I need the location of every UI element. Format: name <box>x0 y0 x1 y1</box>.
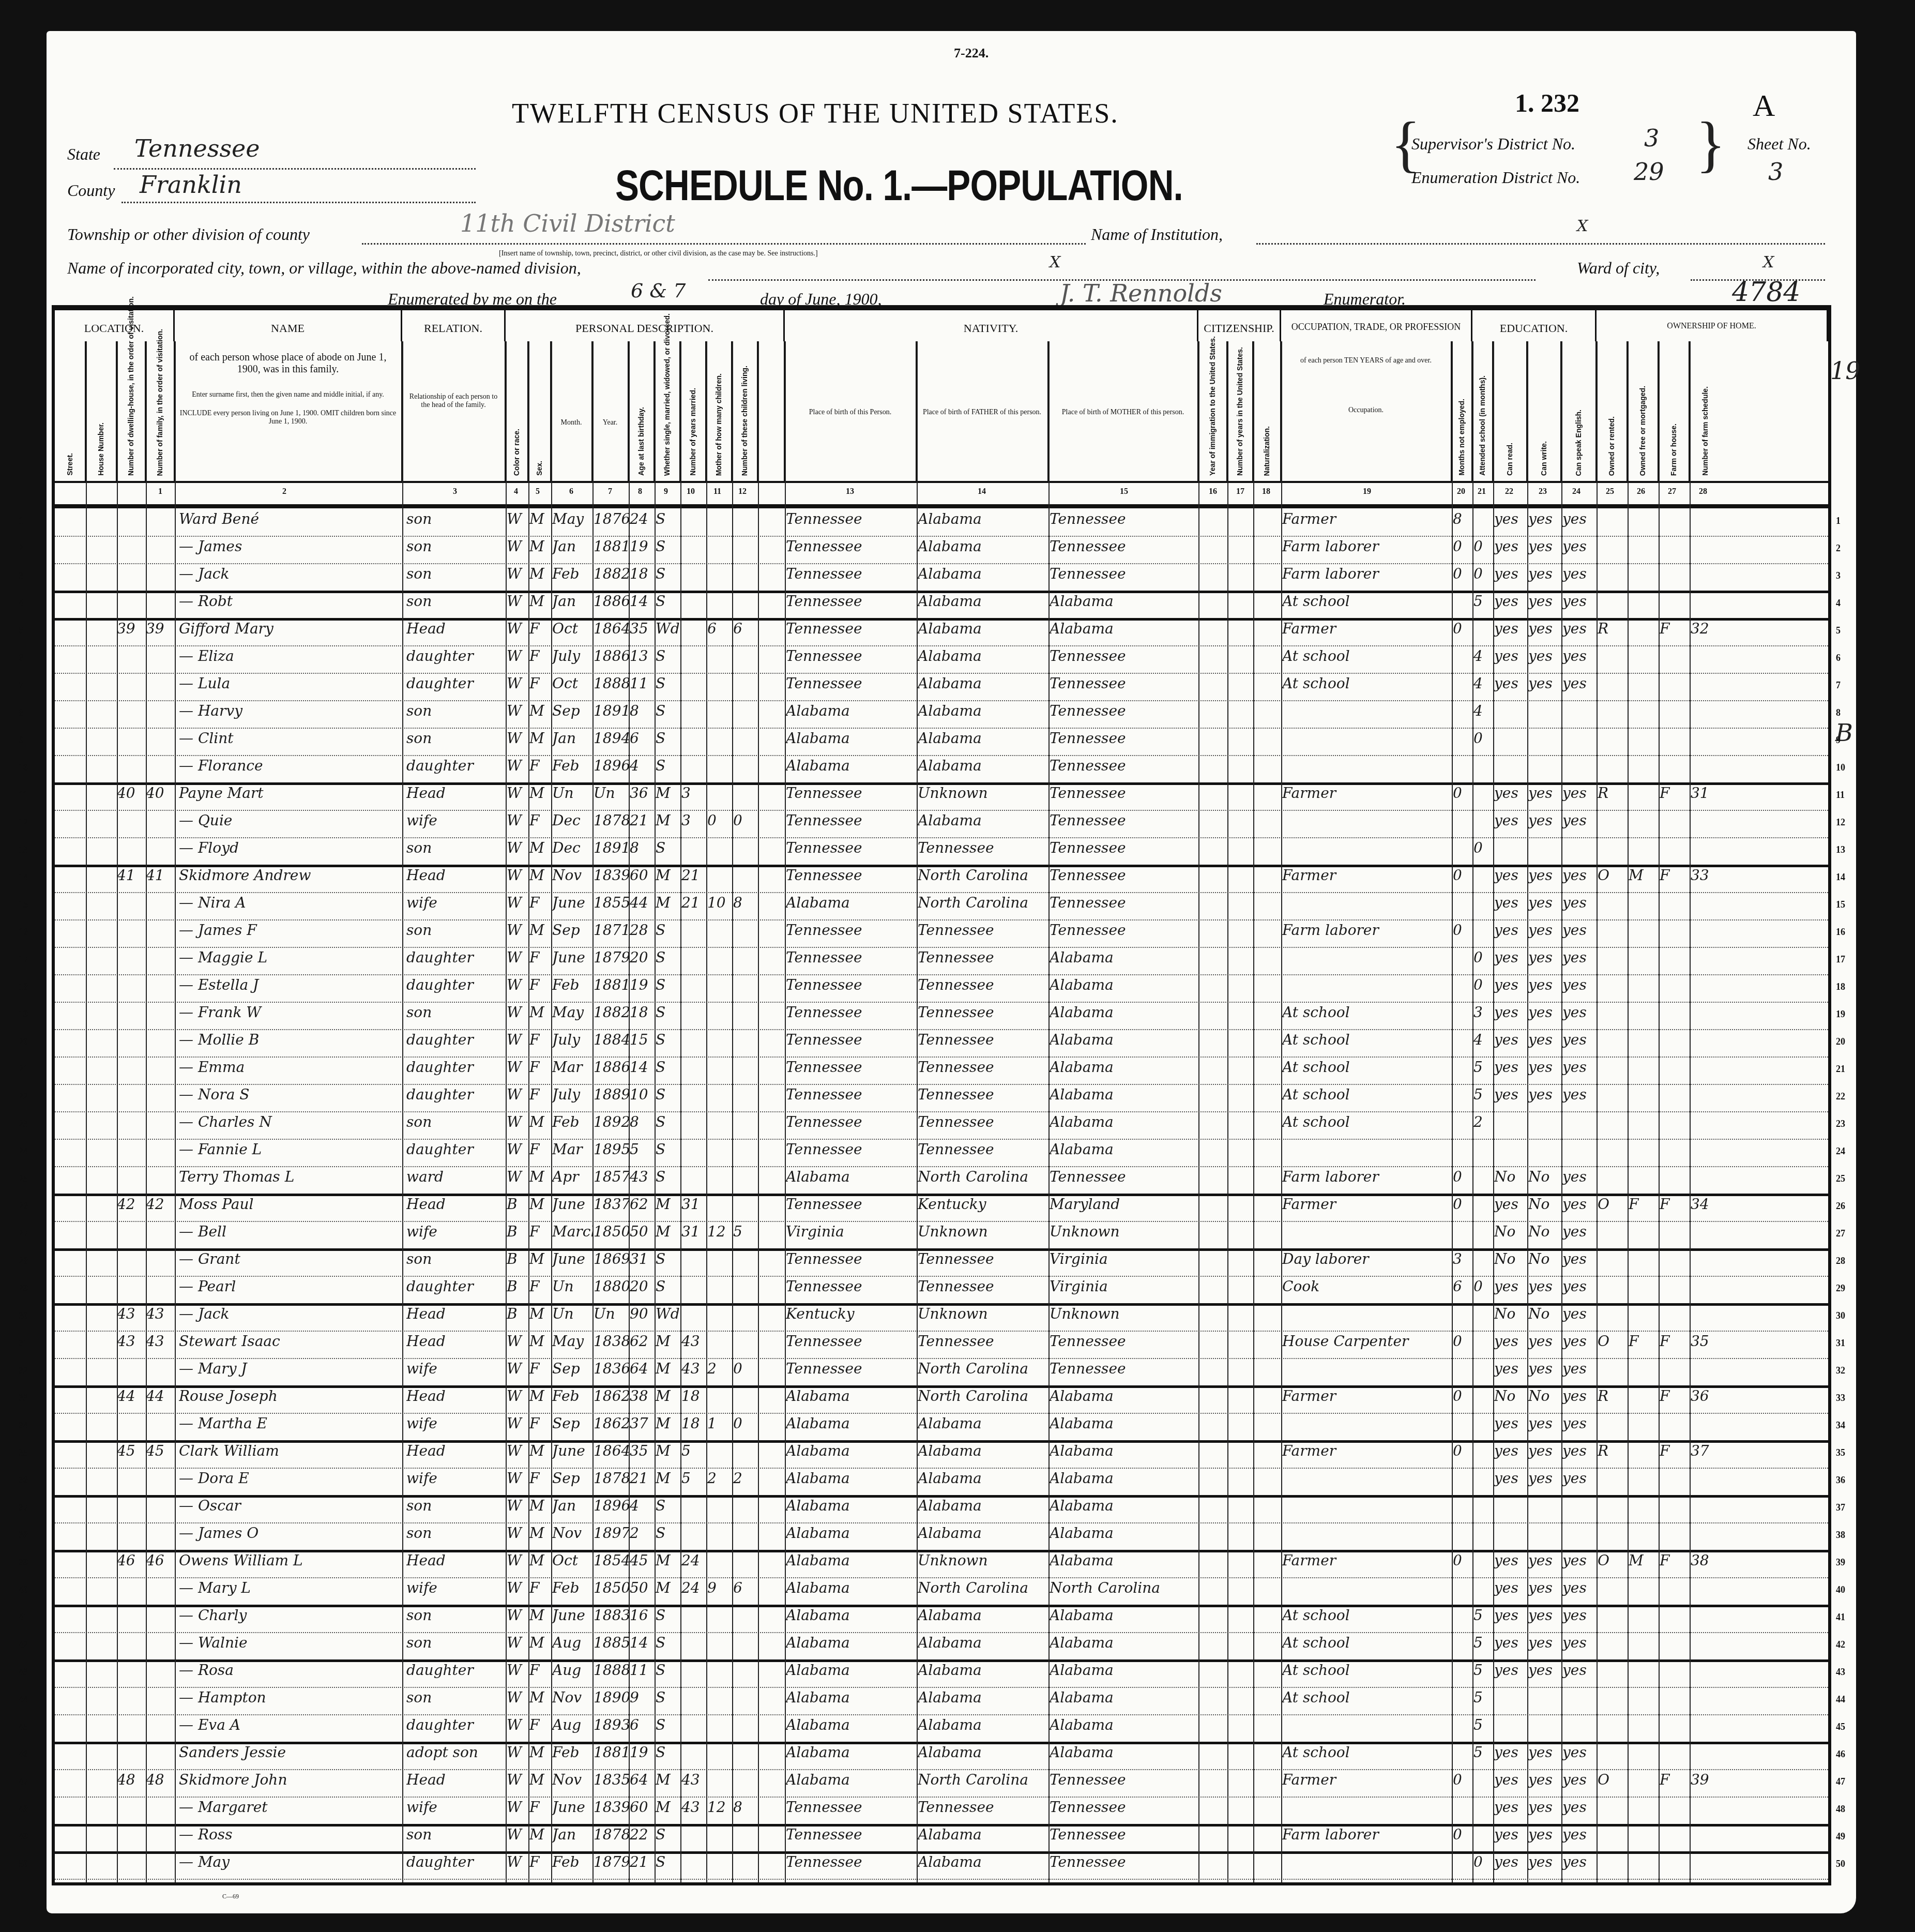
cell-bf: Tennessee <box>918 1086 1048 1103</box>
cell-unemp: 0 <box>1453 922 1472 939</box>
cell-occ: Farm laborer <box>1282 565 1452 582</box>
cell-bm: Tennessee <box>1050 1360 1198 1377</box>
cell-color: W <box>507 1141 528 1158</box>
cell-sex: F <box>529 976 551 993</box>
line-number-right: 6 <box>1836 653 1841 663</box>
cell-year: 1891 <box>594 702 629 719</box>
cell-school: 3 <box>1473 1004 1493 1021</box>
line-number-right: 33 <box>1836 1393 1845 1403</box>
cell-bm: Alabama <box>1050 1689 1198 1706</box>
cell-school: 0 <box>1473 1853 1493 1870</box>
cell-write: yes <box>1528 1607 1561 1624</box>
cell-ym: 43 <box>681 1799 706 1816</box>
cell-month: Feb <box>552 1579 592 1596</box>
line-number-right: 22 <box>1836 1091 1845 1102</box>
cell-school: 4 <box>1473 1031 1493 1048</box>
line-number-right: 30 <box>1836 1310 1845 1321</box>
cell-age: 24 <box>630 510 655 527</box>
line-number: 17 <box>19 954 28 965</box>
cell-eng: yes <box>1562 1579 1597 1596</box>
cell-dwelling: 42 <box>117 1196 146 1213</box>
cell-age: 5 <box>630 1141 655 1158</box>
cell-eng: yes <box>1562 922 1597 939</box>
line-number: 40 <box>19 1584 28 1595</box>
cell-bm: Tennessee <box>1050 730 1198 747</box>
cell-year: 1838 <box>594 1333 629 1350</box>
cell-write: yes <box>1528 1826 1561 1843</box>
cell-farm: F <box>1660 1333 1690 1350</box>
margin-mark-19: 19 <box>1830 357 1861 385</box>
col-birth-father: Place of birth of FATHER of this person. <box>917 341 1048 481</box>
cell-bp: Alabama <box>786 1168 917 1185</box>
cell-read: yes <box>1494 1278 1527 1295</box>
cell-write: yes <box>1528 1552 1561 1569</box>
cell-relation: son <box>406 702 506 719</box>
cell-relation: son <box>406 1689 506 1706</box>
cell-bp: Alabama <box>786 702 917 719</box>
cell-month: July <box>552 647 592 665</box>
cell-relation: son <box>406 730 506 747</box>
cell-month: Jan <box>552 1826 592 1843</box>
cell-marital: S <box>656 922 680 939</box>
cell-occ: Farmer <box>1282 1442 1452 1459</box>
cell-bf: Alabama <box>918 510 1048 527</box>
col-occupation: of each person TEN YEARS of age and over… <box>1281 341 1452 481</box>
cell-name: — Jack <box>179 565 402 582</box>
cell-bf: Tennessee <box>918 949 1048 966</box>
cell-bp: Tennessee <box>786 1059 917 1076</box>
column-divider <box>1198 341 1199 1882</box>
line-number-right: 23 <box>1836 1119 1845 1129</box>
cell-age: 19 <box>630 976 655 993</box>
cell-bf: North Carolina <box>918 894 1048 911</box>
cell-relation: daughter <box>406 949 506 966</box>
col-owned-free: Owned free or mortgaged. <box>1628 341 1659 481</box>
cell-color: W <box>507 1716 528 1733</box>
cell-read: yes <box>1494 1196 1527 1213</box>
cell-marital: M <box>656 1387 680 1405</box>
cell-month: July <box>552 1086 592 1103</box>
cell-age: 20 <box>630 949 655 966</box>
cell-occ: House Carpenter <box>1282 1333 1452 1350</box>
cell-bf: Alabama <box>918 812 1048 829</box>
cell-year: 1888 <box>594 1662 629 1679</box>
cell-bp: Tennessee <box>786 675 917 692</box>
line-number: 35 <box>19 1447 28 1458</box>
line-number: 28 <box>19 1256 28 1266</box>
line-number: 15 <box>19 899 28 910</box>
cell-bf: Alabama <box>918 1826 1048 1843</box>
cell-school: 5 <box>1473 1634 1493 1651</box>
cell-marital: M <box>656 1415 680 1432</box>
column-number: 24 <box>1572 487 1580 496</box>
cell-sex: F <box>529 894 551 911</box>
cell-cl: 0 <box>733 812 758 829</box>
cell-age: 10 <box>630 1086 655 1103</box>
line-number: 23 <box>19 1119 28 1129</box>
cell-marital: S <box>656 1716 680 1733</box>
cell-eng: yes <box>1562 867 1597 884</box>
cell-occ: At school <box>1282 1607 1452 1624</box>
cell-unemp: 0 <box>1453 1387 1472 1405</box>
cell-read: yes <box>1494 1853 1527 1870</box>
cell-unemp: 0 <box>1453 1826 1472 1843</box>
cell-month: Un <box>552 1278 592 1295</box>
cell-mc: 12 <box>707 1223 732 1240</box>
cell-bp: Tennessee <box>786 510 917 527</box>
cell-relation: son <box>406 538 506 555</box>
cell-year: 1883 <box>594 1607 629 1624</box>
cell-year: 1881 <box>594 1744 629 1761</box>
cell-read: yes <box>1494 620 1527 637</box>
cell-bp: Alabama <box>786 1525 917 1542</box>
cell-bm: Alabama <box>1050 976 1198 993</box>
cell-year: 1839 <box>594 1799 629 1816</box>
cell-relation: wife <box>406 812 506 829</box>
cell-color: W <box>507 894 528 911</box>
cell-year: 1854 <box>594 1552 629 1569</box>
cell-age: 37 <box>630 1415 655 1432</box>
cell-bp: Tennessee <box>786 538 917 555</box>
cell-month: July <box>552 1031 592 1048</box>
city-label: Name of incorporated city, town, or vill… <box>67 259 581 278</box>
cell-ym: 3 <box>681 784 706 802</box>
cell-eng: yes <box>1562 1278 1597 1295</box>
cell-month: June <box>552 1607 592 1624</box>
cell-name: Clark William <box>179 1442 402 1459</box>
cell-relation: ward <box>406 1168 506 1185</box>
cell-bm: North Carolina <box>1050 1579 1198 1596</box>
cell-bf: Tennessee <box>918 1278 1048 1295</box>
cell-month: Sep <box>552 1470 592 1487</box>
cell-name: Sanders Jessie <box>179 1744 402 1761</box>
cell-bp: Tennessee <box>786 1799 917 1816</box>
cell-sex: M <box>529 1004 551 1021</box>
cell-year: 1869 <box>594 1250 629 1267</box>
cell-write: yes <box>1528 1470 1561 1487</box>
cell-unemp: 0 <box>1453 784 1472 802</box>
cell-sex: F <box>529 647 551 665</box>
cell-eng: yes <box>1562 620 1597 637</box>
cell-year: 1891 <box>594 839 629 856</box>
cell-bp: Tennessee <box>786 1853 917 1870</box>
cell-color: W <box>507 1387 528 1405</box>
cell-age: 15 <box>630 1031 655 1048</box>
cell-color: W <box>507 647 528 665</box>
cell-bf: Alabama <box>918 593 1048 610</box>
cell-farm: F <box>1660 1552 1690 1569</box>
line-number: 39 <box>19 1557 28 1568</box>
cell-age: 14 <box>630 1634 655 1651</box>
cell-sched: 39 <box>1691 1771 1732 1788</box>
cell-write: yes <box>1528 510 1561 527</box>
cell-eng: yes <box>1562 812 1597 829</box>
cell-year: 1837 <box>594 1196 629 1213</box>
cell-dwelling: 41 <box>117 867 146 884</box>
column-divider <box>706 341 707 1882</box>
cell-bp: Tennessee <box>786 839 917 856</box>
cell-eng: yes <box>1562 1607 1597 1624</box>
cell-relation: wife <box>406 894 506 911</box>
line-number: 36 <box>19 1475 28 1486</box>
cell-sex: F <box>529 1086 551 1103</box>
line-number-right: 42 <box>1836 1639 1845 1650</box>
cell-bp: Alabama <box>786 1387 917 1405</box>
cell-own: R <box>1598 1442 1628 1459</box>
cell-bm: Virginia <box>1050 1278 1198 1295</box>
cell-read: yes <box>1494 812 1527 829</box>
cell-read: No <box>1494 1387 1527 1405</box>
cell-mc: 0 <box>707 812 732 829</box>
cell-write: No <box>1528 1168 1561 1185</box>
cell-sex: M <box>529 510 551 527</box>
cell-occ: At school <box>1282 1086 1452 1103</box>
cell-bf: Unknown <box>918 1305 1048 1322</box>
cell-mc: 10 <box>707 894 732 911</box>
cell-month: Mar <box>552 1141 592 1158</box>
cell-dwelling: 46 <box>117 1552 146 1569</box>
cell-ym: 24 <box>681 1579 706 1596</box>
cell-read: yes <box>1494 565 1527 582</box>
cell-own: R <box>1598 620 1628 637</box>
cell-year: 1895 <box>594 1141 629 1158</box>
cell-age: 11 <box>630 675 655 692</box>
cell-bf: Alabama <box>918 1662 1048 1679</box>
cell-age: 9 <box>630 1689 655 1706</box>
cell-eng: yes <box>1562 1196 1597 1213</box>
cell-color: W <box>507 538 528 555</box>
cell-occ: Farm laborer <box>1282 922 1452 939</box>
cell-color: W <box>507 593 528 610</box>
column-number: 1 <box>158 487 162 496</box>
cell-family: 43 <box>146 1333 175 1350</box>
cell-bp: Alabama <box>786 1552 917 1569</box>
cell-eng: yes <box>1562 593 1597 610</box>
cell-sex: M <box>529 1333 551 1350</box>
cell-bm: Tennessee <box>1050 1826 1198 1843</box>
cell-relation: wife <box>406 1579 506 1596</box>
cell-bf: Alabama <box>918 647 1048 665</box>
cell-read: yes <box>1494 1826 1527 1843</box>
cell-mc: 6 <box>707 620 732 637</box>
cell-relation: wife <box>406 1415 506 1432</box>
col-birth-person: Place of birth of this Person. <box>785 341 917 481</box>
col-marital: Whether single, married, widowed, or div… <box>655 341 680 481</box>
column-number: 26 <box>1637 487 1645 496</box>
cell-year: 1882 <box>594 1004 629 1021</box>
cell-bp: Alabama <box>786 1415 917 1432</box>
cell-marital: S <box>656 1634 680 1651</box>
cell-eng: yes <box>1562 538 1597 555</box>
column-number: 15 <box>1120 487 1128 496</box>
col-can-speak-english: Can speak English. <box>1561 341 1597 481</box>
cell-color: W <box>507 702 528 719</box>
line-number-right: 47 <box>1836 1776 1845 1787</box>
cell-write: No <box>1528 1223 1561 1240</box>
cell-family: 48 <box>146 1771 175 1788</box>
ward-label: Ward of city, <box>1577 259 1660 278</box>
line-number-right: 36 <box>1836 1475 1845 1486</box>
cell-color: W <box>507 976 528 993</box>
cell-read: yes <box>1494 1579 1527 1596</box>
cell-sex: M <box>529 1607 551 1624</box>
cell-name: — Charly <box>179 1607 402 1624</box>
cell-marital: S <box>656 593 680 610</box>
cell-occ: Farmer <box>1282 784 1452 802</box>
cell-write: yes <box>1528 593 1561 610</box>
cell-cl: 5 <box>733 1223 758 1240</box>
cell-name: — Eva A <box>179 1716 402 1733</box>
cell-age: 16 <box>630 1607 655 1624</box>
cell-month: May <box>552 1004 592 1021</box>
institution-line <box>1256 243 1825 245</box>
cell-color: W <box>507 1826 528 1843</box>
cell-cl: 0 <box>733 1415 758 1432</box>
line-number: 32 <box>19 1365 28 1376</box>
cell-name: — Maggie L <box>179 949 402 966</box>
line-number-right: 15 <box>1836 899 1845 910</box>
cell-occ: Farmer <box>1282 1771 1452 1788</box>
cell-bm: Tennessee <box>1050 922 1198 939</box>
cell-month: Feb <box>552 1113 592 1130</box>
cell-sex: M <box>529 1771 551 1788</box>
cell-sched: 38 <box>1691 1552 1732 1569</box>
cell-sex: M <box>529 839 551 856</box>
cell-year: 1876 <box>594 510 629 527</box>
line-number: 16 <box>19 927 28 938</box>
cell-bm: Alabama <box>1050 1004 1198 1021</box>
cell-age: 38 <box>630 1387 655 1405</box>
cell-marital: S <box>656 839 680 856</box>
cell-relation: Head <box>406 1196 506 1213</box>
cell-name: — Mary J <box>179 1360 402 1377</box>
cell-age: 62 <box>630 1196 655 1213</box>
cell-unemp: 0 <box>1453 1333 1472 1350</box>
cell-bm: Alabama <box>1050 1442 1198 1459</box>
cell-write: yes <box>1528 1360 1561 1377</box>
cell-eng: yes <box>1562 1470 1597 1487</box>
cell-sched: 31 <box>1691 784 1732 802</box>
cell-dwelling: 48 <box>117 1771 146 1788</box>
cell-dwelling: 44 <box>117 1387 146 1405</box>
cell-year: 1893 <box>594 1716 629 1733</box>
cell-age: 21 <box>630 1470 655 1487</box>
cell-cl: 8 <box>733 894 758 911</box>
line-number-right: 25 <box>1836 1173 1845 1184</box>
line-number-right: 13 <box>1836 844 1845 855</box>
line-number-right: 12 <box>1836 817 1845 828</box>
cell-read: No <box>1494 1168 1527 1185</box>
cell-write: yes <box>1528 1333 1561 1350</box>
cell-year: Un <box>594 1305 629 1322</box>
line-number-right: 7 <box>1836 680 1841 691</box>
cell-bp: Tennessee <box>786 922 917 939</box>
cell-occ: Farmer <box>1282 510 1452 527</box>
brace-right: } <box>1696 109 1726 180</box>
cell-bf: Kentucky <box>918 1196 1048 1213</box>
cell-name: — Margaret <box>179 1799 402 1816</box>
enumerator-name: J. T. Rennolds <box>1060 279 1222 307</box>
cell-relation: son <box>406 839 506 856</box>
cell-own: O <box>1598 1196 1628 1213</box>
cell-marital: M <box>656 1470 680 1487</box>
cell-sex: F <box>529 1141 551 1158</box>
cell-eng: yes <box>1562 1086 1597 1103</box>
cell-mc: 2 <box>707 1360 732 1377</box>
cell-free: M <box>1629 1552 1659 1569</box>
cell-name: Terry Thomas L <box>179 1168 402 1185</box>
cell-eng: yes <box>1562 1853 1597 1870</box>
cell-read: No <box>1494 1250 1527 1267</box>
cell-year: 1890 <box>594 1689 629 1706</box>
cell-age: 50 <box>630 1223 655 1240</box>
cell-relation: daughter <box>406 647 506 665</box>
cell-bf: North Carolina <box>918 867 1048 884</box>
schedule-title: SCHEDULE No. 1.—POPULATION. <box>615 160 1183 210</box>
cell-month: Oct <box>552 1552 592 1569</box>
cell-age: 60 <box>630 1799 655 1816</box>
col-sex: Sex. <box>528 341 551 481</box>
cell-name: — Charles N <box>179 1113 402 1130</box>
cell-year: 1881 <box>594 976 629 993</box>
cell-bp: Tennessee <box>786 1333 917 1350</box>
cell-family: 45 <box>146 1442 175 1459</box>
line-number-right: 44 <box>1836 1694 1845 1705</box>
line-number-right: 24 <box>1836 1146 1845 1157</box>
cell-write: yes <box>1528 1086 1561 1103</box>
cell-write: yes <box>1528 620 1561 637</box>
cell-eng: yes <box>1562 1250 1597 1267</box>
cell-sex: F <box>529 1360 551 1377</box>
column-number: 13 <box>846 487 854 496</box>
cell-month: Nov <box>552 1689 592 1706</box>
line-number: 12 <box>19 817 28 828</box>
cell-bp: Tennessee <box>786 1004 917 1021</box>
cell-school: 0 <box>1473 976 1493 993</box>
cell-school: 4 <box>1473 702 1493 719</box>
cell-relation: son <box>406 593 506 610</box>
col-years-married: Number of years married. <box>680 341 706 481</box>
cell-bp: Alabama <box>786 1470 917 1487</box>
line-number-right: 41 <box>1836 1612 1845 1623</box>
cell-bm: Alabama <box>1050 1744 1198 1761</box>
cell-bp: Alabama <box>786 1607 917 1624</box>
cell-color: W <box>507 1662 528 1679</box>
cell-color: W <box>507 510 528 527</box>
cell-name: — Pearl <box>179 1278 402 1295</box>
cell-read: No <box>1494 1305 1527 1322</box>
cell-color: W <box>507 1113 528 1130</box>
line-number-right: 18 <box>1836 982 1845 992</box>
cell-month: Oct <box>552 675 592 692</box>
cell-sex: F <box>529 1579 551 1596</box>
col-can-read: Can read. <box>1493 341 1527 481</box>
document-title: TWELFTH CENSUS OF THE UNITED STATES. <box>512 97 1119 129</box>
column-divider <box>758 341 759 1882</box>
cell-cl: 2 <box>733 1470 758 1487</box>
cell-bp: Alabama <box>786 757 917 774</box>
cell-age: 19 <box>630 538 655 555</box>
cell-read: yes <box>1494 647 1527 665</box>
column-divider <box>680 341 681 1882</box>
cell-farm: F <box>1660 1387 1690 1405</box>
cell-ym: 18 <box>681 1387 706 1405</box>
cell-name: Skidmore Andrew <box>179 867 402 884</box>
cell-read: yes <box>1494 1771 1527 1788</box>
cell-bm: Tennessee <box>1050 784 1198 802</box>
cell-sched: 34 <box>1691 1196 1732 1213</box>
column-divider <box>528 341 529 1882</box>
